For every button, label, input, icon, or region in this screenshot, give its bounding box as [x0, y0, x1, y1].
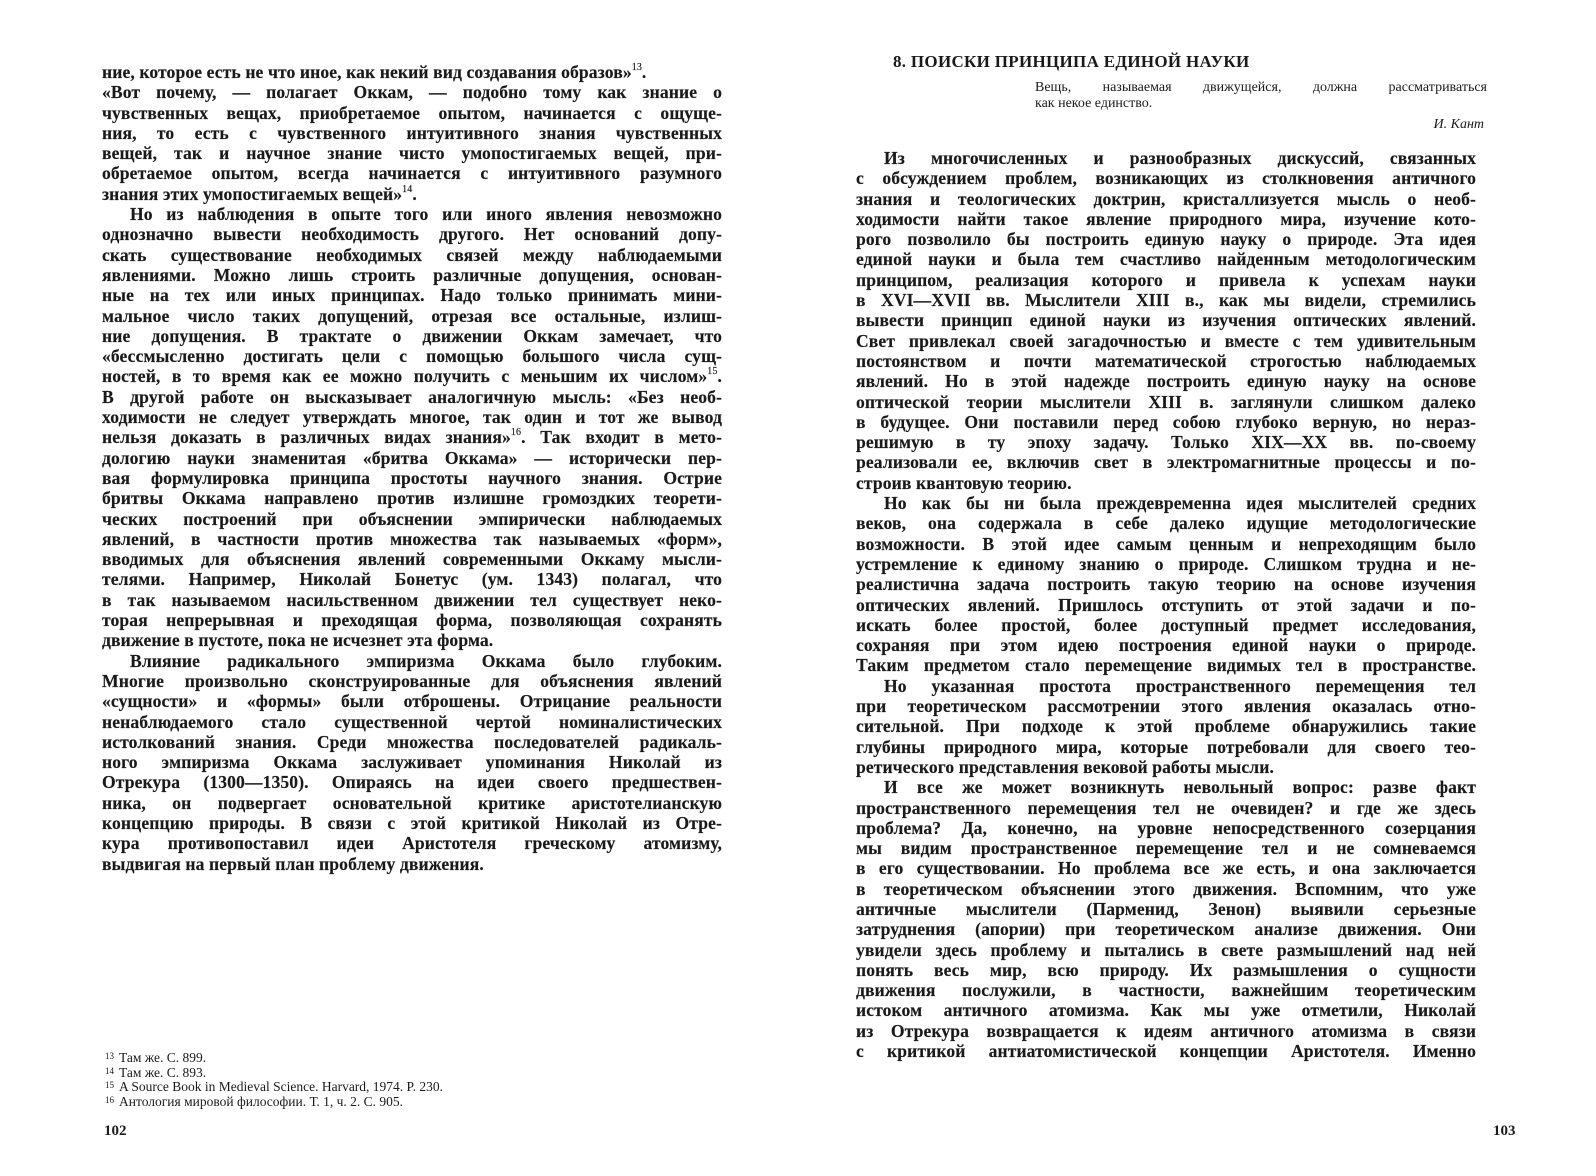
chapter-title: 8. ПОИСКИ ПРИНЦИПА ЕДИНОЙ НАУКИ	[893, 52, 1250, 72]
line-tail: .	[718, 366, 723, 386]
text-line: сохраняя при этом идею построения единой…	[856, 635, 1476, 655]
line-text: проблема? Да, конечно, на уровне непосре…	[856, 818, 1476, 838]
line-text: единой науки и была тем счастливо найден…	[856, 249, 1476, 269]
text-line: Отрекура (1300—1350). Опираясь на идеи с…	[102, 772, 722, 792]
footnote-ref: 15	[707, 366, 717, 377]
text-line: из Отрекура возвращается к идеям антично…	[856, 1021, 1476, 1041]
line-text: решимую в ту эпоху задачу. Только XIX—XX…	[856, 432, 1476, 452]
line-text: движение в пустоте, пока не исчезнет эта…	[102, 630, 493, 650]
text-line: знания этих умопостигаемых вещей»14.	[102, 184, 722, 204]
text-line: Но как бы ни была преждевременна идея мы…	[856, 493, 1476, 513]
line-text: в будущее. Они поставили перед собою глу…	[856, 412, 1476, 432]
text-line: вещей, так и научное знание чисто умопос…	[102, 143, 722, 163]
footnote-text: Там же. С. 899.	[119, 1050, 206, 1065]
footnote-text: A Source Book in Medieval Science. Harva…	[119, 1079, 443, 1094]
footnote-number: 14	[105, 1066, 114, 1076]
line-text: ния, то есть с чувственного интуитивного…	[102, 123, 722, 143]
footnote-ref: 13	[632, 62, 642, 73]
line-text: ходимости найти такое явление природного…	[856, 209, 1476, 229]
text-line: пространственного перемещения тел не оче…	[856, 798, 1476, 818]
line-text: сохраняя при этом идею построения единой…	[856, 635, 1476, 655]
line-text: «сущности» и «формы» были отброшены. Отр…	[102, 691, 722, 711]
text-line: Из многочисленных и разнообразных дискус…	[856, 148, 1476, 168]
line-text: оптической теории мыслители XIII в. загл…	[856, 392, 1476, 412]
text-line: в XVI—XVII вв. Мыслители XIII в., как мы…	[856, 290, 1476, 310]
text-line: «Вот почему, — полагает Оккам, — подобно…	[102, 82, 722, 102]
footnote-number: 13	[105, 1051, 114, 1061]
text-line: затруднения (апории) при теоретическом а…	[856, 919, 1476, 939]
line-text: знания и теологических доктрин, кристалл…	[856, 189, 1476, 209]
text-line: в теоретическом объяснении этого движени…	[856, 879, 1476, 899]
line-text: ходимости не следует утверждать многое, …	[102, 407, 722, 427]
line-text: пространственного перемещения тел не оче…	[856, 798, 1476, 818]
line-text: ного эмпиризма Оккама заслуживает упомин…	[102, 752, 722, 772]
text-line: явлений. Но в этой надежде построить еди…	[856, 371, 1476, 391]
line-text: Свет привлекал своей загадочностью и вме…	[856, 331, 1476, 351]
line-text: мы видим пространственное перемещение те…	[856, 838, 1476, 858]
line-text: Отрекура (1300—1350). Опираясь на идеи с…	[102, 772, 722, 792]
text-line: ника, он подвергает основательной критик…	[102, 793, 722, 813]
line-text: затруднения (апории) при теоретическом а…	[856, 919, 1476, 939]
text-line: Влияние радикального эмпиризма Оккама бы…	[102, 651, 722, 671]
text-line: оптической теории мыслители XIII в. загл…	[856, 392, 1476, 412]
line-text: ника, он подвергает основательной критик…	[102, 793, 722, 813]
text-line: возможности. В этой идее самым ценным и …	[856, 534, 1476, 554]
line-text: Влияние радикального эмпиризма Оккама бы…	[130, 651, 722, 671]
line-text: кура противопоставил идеи Аристотеля гре…	[102, 833, 722, 853]
text-line: кура противопоставил идеи Аристотеля гре…	[102, 833, 722, 853]
text-line: истоком античного атомизма. Как мы уже о…	[856, 1000, 1476, 1020]
text-line: ходимости не следует утверждать многое, …	[102, 407, 722, 427]
line-text: возможности. В этой идее самым ценным и …	[856, 534, 1476, 554]
epigraph: Вещь, называемая движущейся, должна расс…	[1035, 80, 1487, 112]
line-text: понять весь мир, всю природу. Их размышл…	[856, 960, 1476, 980]
line-text: В другой работе он высказывает аналогичн…	[102, 387, 722, 407]
line-text: реализовали ее, включив свет в электрома…	[856, 452, 1476, 472]
text-line: в так называемом насильственном движении…	[102, 590, 722, 610]
text-line: ческих построений при объяснении эмпирич…	[102, 509, 722, 529]
line-text: в теоретическом объяснении этого движени…	[856, 879, 1476, 899]
text-line: однозначно вывести необходимость другого…	[102, 224, 722, 244]
text-line: постоянством и почти математической стро…	[856, 351, 1476, 371]
line-text: торая непрерывная и преходящая форма, по…	[102, 610, 722, 630]
text-line: устремление к единому знанию о природе. …	[856, 554, 1476, 574]
text-line: явлениями. Можно лишь строить различные …	[102, 265, 722, 285]
footnote-ref: 16	[511, 427, 521, 438]
line-text: обретаемое опытом, всегда начинается с и…	[102, 163, 722, 183]
text-line: вводимых для объяснения явлений современ…	[102, 549, 722, 569]
line-text: концепцию природы. В связи с этой критик…	[102, 813, 722, 833]
text-line: ного эмпиризма Оккама заслуживает упомин…	[102, 752, 722, 772]
text-line: единой науки и была тем счастливо найден…	[856, 249, 1476, 269]
text-line: оптических явлений. Пришлось отступить о…	[856, 595, 1476, 615]
text-line: явлений, в частности против множества та…	[102, 529, 722, 549]
left-page-body: ние, которое есть не что иное, как некий…	[102, 62, 722, 874]
line-text: реалистична задача построить такую теори…	[856, 574, 1476, 594]
text-line: реалистична задача построить такую теори…	[856, 574, 1476, 594]
footnote-ref: 14	[402, 184, 412, 195]
footnote-number: 15	[105, 1080, 114, 1090]
page-number-right: 103	[1493, 1123, 1516, 1140]
line-text: ненаблюдаемого стало существенной чертой…	[102, 712, 722, 732]
text-line: античные мыслители (Парменид, Зенон) выя…	[856, 899, 1476, 919]
line-text: явлениями. Можно лишь строить различные …	[102, 265, 722, 285]
line-text: скать существование необходимых связей м…	[102, 245, 722, 265]
footnote-text: Антология мировой философии. Т. 1, ч. 2.…	[119, 1094, 403, 1109]
text-line: торая непрерывная и преходящая форма, по…	[102, 610, 722, 630]
footnote: 15A Source Book in Medieval Science. Har…	[105, 1079, 443, 1094]
line-text: из Отрекура возвращается к идеям антично…	[856, 1021, 1476, 1041]
text-line: ностей, в то время как ее можно получить…	[102, 366, 722, 386]
epigraph-line: как некое единство.	[1035, 96, 1487, 112]
line-text: выдвигая на первый план проблему движени…	[102, 854, 484, 874]
text-line: движение в пустоте, пока не исчезнет эта…	[102, 630, 722, 650]
line-text: «Вот почему, — полагает Оккам, — подобно…	[102, 82, 722, 102]
footnote: 13Там же. С. 899.	[105, 1050, 443, 1065]
line-text: вводимых для объяснения явлений современ…	[102, 549, 722, 569]
text-line: знания и теологических доктрин, кристалл…	[856, 189, 1476, 209]
left-page: ние, которое есть не что иное, как некий…	[0, 0, 798, 1176]
text-line: мальное число таких допущений, отрезая в…	[102, 306, 722, 326]
line-text: чувственных вещах, приобретаемое опытом,…	[102, 103, 722, 123]
line-text: ние допущения. В трактате о движении Окк…	[102, 326, 722, 346]
line-text: ретического представления вековой работы…	[856, 757, 1274, 777]
line-tail: .	[412, 184, 417, 204]
text-line: рого позволило бы построить единую науку…	[856, 229, 1476, 249]
line-text: «бессмысленно достигать цели с помощью б…	[102, 346, 722, 366]
line-text: явлений, в частности против множества та…	[102, 529, 722, 549]
line-text: истоком античного атомизма. Как мы уже о…	[856, 1000, 1476, 1020]
text-line: нельзя доказать в различных видах знания…	[102, 427, 722, 447]
text-line: Но указанная простота пространственного …	[856, 676, 1476, 696]
text-line: Таким предметом стало перемещение видимы…	[856, 655, 1476, 675]
line-text: увидели здесь проблему и пытались в свет…	[856, 940, 1476, 960]
line-text: Но как бы ни была преждевременна идея мы…	[884, 493, 1476, 513]
line-text: вая формулировка принципа простоты научн…	[102, 468, 722, 488]
line-text: ческих построений при объяснении эмпирич…	[102, 509, 722, 529]
text-line: дологию науки знаменитая «бритва Оккама»…	[102, 448, 722, 468]
line-text: ностей, в то время как ее можно получить…	[102, 366, 707, 386]
line-text: античные мыслители (Парменид, Зенон) выя…	[856, 899, 1476, 919]
right-page-body: Из многочисленных и разнообразных дискус…	[856, 148, 1476, 1061]
line-text: Из многочисленных и разнообразных дискус…	[884, 148, 1476, 168]
text-line: ходимости найти такое явление природного…	[856, 209, 1476, 229]
text-line: веков, она содержала в себе далеко идущи…	[856, 513, 1476, 533]
line-text: постоянством и почти математической стро…	[856, 351, 1476, 371]
text-line: с обсуждением проблем, возникающих из ст…	[856, 168, 1476, 188]
text-line: телями. Например, Николай Бонетус (ум. 1…	[102, 569, 722, 589]
line-text: в его существовании. Но проблема все же …	[856, 858, 1476, 878]
text-line: В другой работе он высказывает аналогичн…	[102, 387, 722, 407]
line-text: устремление к единому знанию о природе. …	[856, 554, 1476, 574]
line-text: явлений. Но в этой надежде построить еди…	[856, 371, 1476, 391]
text-line: «бессмысленно достигать цели с помощью б…	[102, 346, 722, 366]
text-line: строив квантовую теорию.	[856, 473, 1476, 493]
line-text: Многие произвольно сконструированные для…	[102, 671, 722, 691]
text-line: с критикой антиатомистической концепции …	[856, 1041, 1476, 1061]
text-line: понять весь мир, всю природу. Их размышл…	[856, 960, 1476, 980]
line-text: в XVI—XVII вв. Мыслители XIII в., как мы…	[856, 290, 1476, 310]
text-line: движения послужили, в частности, важнейш…	[856, 980, 1476, 1000]
text-line: мы видим пространственное перемещение те…	[856, 838, 1476, 858]
text-line: Но из наблюдения в опыте того или иного …	[102, 204, 722, 224]
line-text: в так называемом насильственном движении…	[102, 590, 722, 610]
line-text: вывести принцип единой науки из изучения…	[856, 310, 1476, 330]
text-line: вывести принцип единой науки из изучения…	[856, 310, 1476, 330]
text-line: ния, то есть с чувственного интуитивного…	[102, 123, 722, 143]
line-text: знания этих умопостигаемых вещей»	[102, 184, 402, 204]
text-line: «сущности» и «формы» были отброшены. Отр…	[102, 691, 722, 711]
text-line: искать более простой, более доступный пр…	[856, 615, 1476, 635]
text-line: в его существовании. Но проблема все же …	[856, 858, 1476, 878]
epigraph-author: И. Кант	[1434, 117, 1484, 133]
text-line: выдвигая на первый план проблему движени…	[102, 854, 722, 874]
right-page: 8. ПОИСКИ ПРИНЦИПА ЕДИНОЙ НАУКИ Вещь, на…	[798, 0, 1596, 1176]
text-line: увидели здесь проблему и пытались в свет…	[856, 940, 1476, 960]
text-line: бритвы Оккама направлено против излишне …	[102, 488, 722, 508]
line-text: нельзя доказать в различных видах знания…	[102, 427, 511, 447]
text-line: ретического представления вековой работы…	[856, 757, 1476, 777]
text-line: Свет привлекал своей загадочностью и вме…	[856, 331, 1476, 351]
text-line: истолкований знания. Среди множества пос…	[102, 732, 722, 752]
text-line: принципом, реализация которого и привела…	[856, 270, 1476, 290]
footnote-number: 16	[105, 1095, 114, 1105]
page-number-left: 102	[104, 1123, 127, 1140]
footnote: 16Антология мировой философии. Т. 1, ч. …	[105, 1094, 443, 1109]
line-text: Таким предметом стало перемещение видимы…	[856, 655, 1476, 675]
line-text: сительной. При подходе к этой проблеме о…	[856, 716, 1476, 736]
epigraph-line: Вещь, называемая движущейся, должна расс…	[1035, 80, 1487, 96]
line-tail: . Так входит в мето-	[521, 427, 722, 447]
line-tail: .	[642, 62, 647, 82]
text-line: И все же может возникнуть невольный вопр…	[856, 777, 1476, 797]
text-line: решимую в ту эпоху задачу. Только XIX—XX…	[856, 432, 1476, 452]
line-text: веков, она содержала в себе далеко идущи…	[856, 513, 1476, 533]
text-line: чувственных вещах, приобретаемое опытом,…	[102, 103, 722, 123]
line-text: оптических явлений. Пришлось отступить о…	[856, 595, 1476, 615]
text-line: глубины природного мира, которые потребо…	[856, 737, 1476, 757]
line-text: движения послужили, в частности, важнейш…	[856, 980, 1476, 1000]
text-line: в будущее. Они поставили перед собою глу…	[856, 412, 1476, 432]
text-line: ние, которое есть не что иное, как некий…	[102, 62, 722, 82]
text-line: проблема? Да, конечно, на уровне непосре…	[856, 818, 1476, 838]
line-text: Но указанная простота пространственного …	[884, 676, 1476, 696]
line-text: телями. Например, Николай Бонетус (ум. 1…	[102, 569, 722, 589]
text-line: ние допущения. В трактате о движении Окк…	[102, 326, 722, 346]
text-line: концепцию природы. В связи с этой критик…	[102, 813, 722, 833]
text-line: Многие произвольно сконструированные для…	[102, 671, 722, 691]
line-text: рого позволило бы построить единую науку…	[856, 229, 1476, 249]
line-text: бритвы Оккама направлено против излишне …	[102, 488, 722, 508]
line-text: истолкований знания. Среди множества пос…	[102, 732, 722, 752]
line-text: глубины природного мира, которые потребо…	[856, 737, 1476, 757]
line-text: искать более простой, более доступный пр…	[856, 615, 1476, 635]
footnote-text: Там же. С. 893.	[119, 1065, 206, 1080]
line-text: ние, которое есть не что иное, как некий…	[102, 62, 632, 82]
footnote: 14Там же. С. 893.	[105, 1065, 443, 1080]
line-text: строив квантовую теорию.	[856, 473, 1072, 493]
text-line: обретаемое опытом, всегда начинается с и…	[102, 163, 722, 183]
text-line: ные на тех или иных принципах. Надо толь…	[102, 285, 722, 305]
line-text: Но из наблюдения в опыте того или иного …	[130, 204, 722, 224]
line-text: И все же может возникнуть невольный вопр…	[884, 777, 1476, 797]
text-line: вая формулировка принципа простоты научн…	[102, 468, 722, 488]
line-text: вещей, так и научное знание чисто умопос…	[102, 143, 722, 163]
footnotes: 13Там же. С. 899.14Там же. С. 893.15A So…	[105, 1050, 443, 1108]
line-text: с обсуждением проблем, возникающих из ст…	[856, 168, 1476, 188]
line-text: с критикой антиатомистической концепции …	[856, 1041, 1476, 1061]
line-text: однозначно вывести необходимость другого…	[102, 224, 722, 244]
text-line: скать существование необходимых связей м…	[102, 245, 722, 265]
line-text: мальное число таких допущений, отрезая в…	[102, 306, 722, 326]
line-text: дологию науки знаменитая «бритва Оккама»…	[102, 448, 722, 468]
text-line: сительной. При подходе к этой проблеме о…	[856, 716, 1476, 736]
line-text: при теоретическом рассмотрении этого явл…	[856, 696, 1476, 716]
text-line: при теоретическом рассмотрении этого явл…	[856, 696, 1476, 716]
text-line: реализовали ее, включив свет в электрома…	[856, 452, 1476, 472]
text-line: ненаблюдаемого стало существенной чертой…	[102, 712, 722, 732]
line-text: принципом, реализация которого и привела…	[856, 270, 1476, 290]
line-text: ные на тех или иных принципах. Надо толь…	[102, 285, 722, 305]
